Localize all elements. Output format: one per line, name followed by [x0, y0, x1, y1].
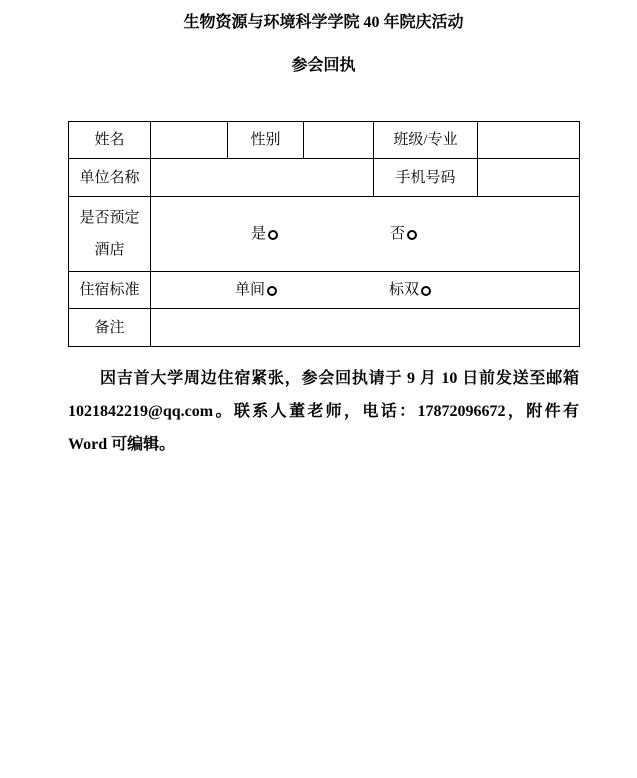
room-single-option[interactable]: 单间 — [235, 280, 277, 300]
document-title: 生物资源与环境科学学院 40 年院庆活动 — [68, 0, 579, 36]
room-double-option[interactable]: 标双 — [389, 280, 431, 300]
hotel-options-group: 是 否 — [151, 224, 579, 244]
table-row: 住宿标准 单间 标双 — [69, 272, 580, 309]
radio-circle-icon[interactable] — [421, 286, 431, 296]
note-paragraph: 因吉首大学周边住宿紧张，参会回执请于 9 月 10 日前发送至邮箱 102184… — [68, 362, 579, 461]
hotel-question-line2: 酒店 — [69, 234, 150, 266]
mobile-label-cell: 手机号码 — [374, 159, 478, 197]
mobile-input-cell[interactable] — [478, 159, 580, 197]
table-row: 是否预定 酒店 是 否 — [69, 197, 580, 272]
name-label-cell: 姓名 — [69, 122, 151, 159]
table-row: 单位名称 手机号码 — [69, 159, 580, 197]
organization-label-cell: 单位名称 — [69, 159, 151, 197]
gender-input-cell[interactable] — [304, 122, 374, 159]
radio-circle-icon[interactable] — [407, 230, 417, 240]
class-major-label-cell: 班级/专业 — [374, 122, 478, 159]
table-row: 备注 — [69, 309, 580, 347]
organization-input-cell[interactable] — [151, 159, 374, 197]
hotel-yes-option[interactable]: 是 — [251, 224, 278, 244]
document-content: 生物资源与环境科学学院 40 年院庆活动 参会回执 姓名 性别 班级/专业 — [68, 0, 579, 461]
room-options-cell: 单间 标双 — [151, 272, 580, 309]
hotel-question-line1: 是否预定 — [69, 202, 150, 234]
hotel-yes-label: 是 — [251, 224, 266, 244]
document-page: 生物资源与环境科学学院 40 年院庆活动 参会回执 姓名 性别 班级/专业 — [0, 0, 637, 778]
hotel-question-label-cell: 是否预定 酒店 — [69, 197, 151, 272]
reply-form-table: 姓名 性别 班级/专业 单位名称 手机号码 是否预定 酒店 — [68, 121, 580, 347]
table-row: 姓名 性别 班级/专业 — [69, 122, 580, 159]
hotel-no-label: 否 — [390, 224, 405, 244]
hotel-options-cell: 是 否 — [151, 197, 580, 272]
hotel-no-option[interactable]: 否 — [390, 224, 417, 244]
radio-circle-icon[interactable] — [268, 230, 278, 240]
remarks-label-cell: 备注 — [69, 309, 151, 347]
name-input-cell[interactable] — [151, 122, 228, 159]
room-options-group: 单间 标双 — [151, 280, 579, 300]
room-single-label: 单间 — [235, 280, 265, 300]
room-double-label: 标双 — [389, 280, 419, 300]
document-subtitle: 参会回执 — [68, 53, 579, 79]
remarks-input-cell[interactable] — [151, 309, 580, 347]
class-major-input-cell[interactable] — [478, 122, 580, 159]
radio-circle-icon[interactable] — [267, 286, 277, 296]
room-standard-label-cell: 住宿标准 — [69, 272, 151, 309]
gender-label-cell: 性别 — [228, 122, 304, 159]
